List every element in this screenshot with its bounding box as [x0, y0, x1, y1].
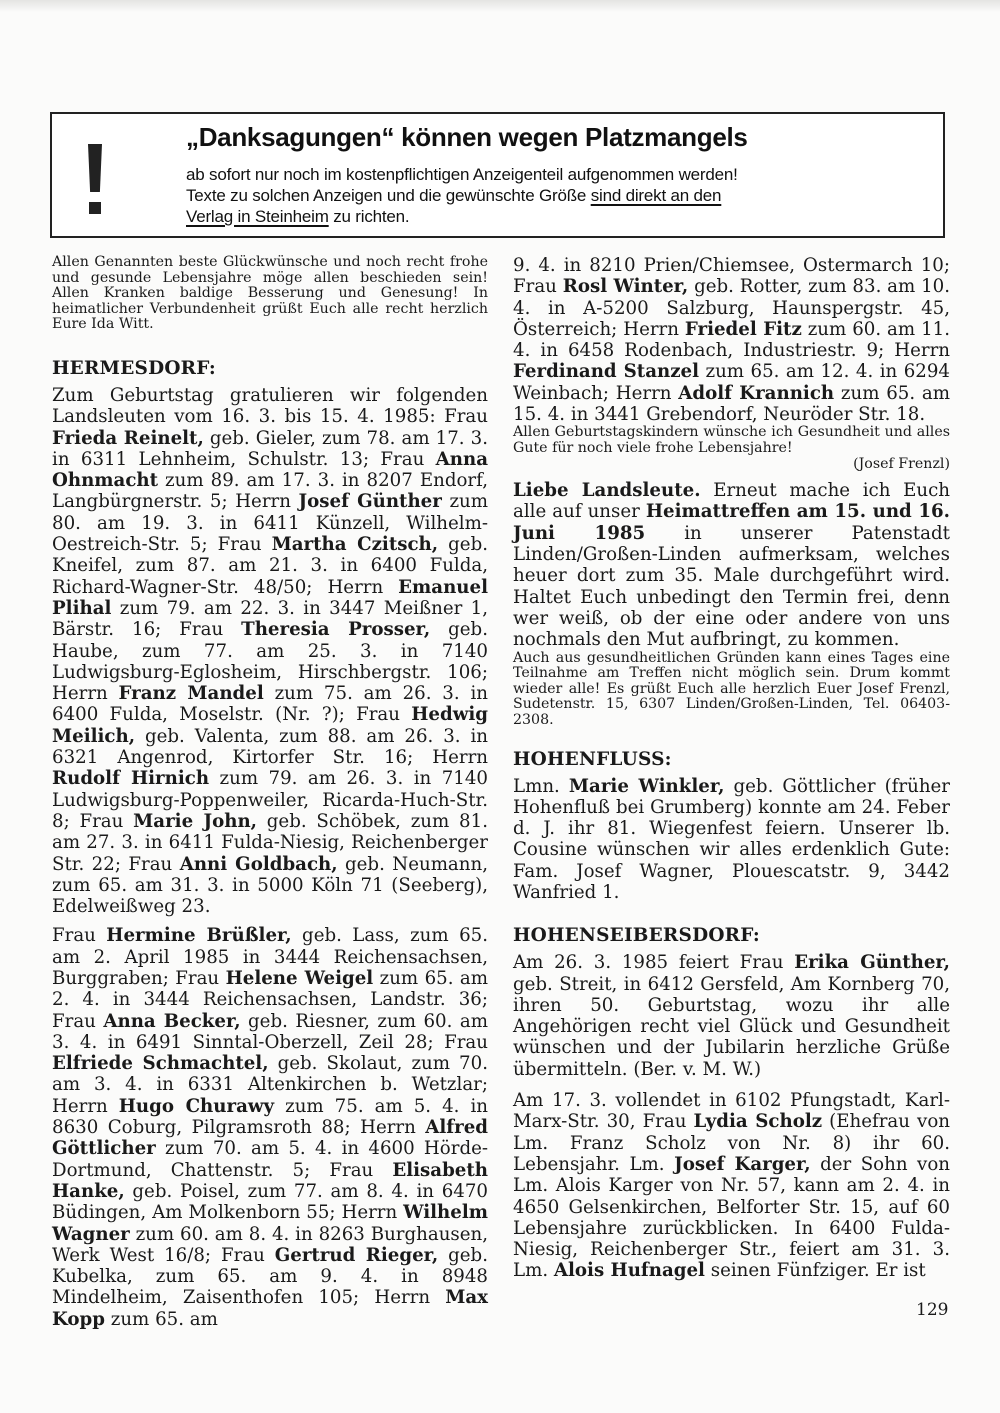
name-highlight: Hedwig Meilich,	[52, 704, 488, 746]
name-highlight: Ferdinand Stanzel	[513, 361, 699, 382]
name-highlight: Josef Günther	[299, 491, 442, 512]
name-highlight: Marie John,	[133, 811, 257, 832]
name-highlight: Alois Hufnagel	[554, 1260, 705, 1281]
notice-underlined-1: sind direkt an den	[591, 186, 722, 205]
name-highlight: Anna Becker,	[103, 1011, 240, 1032]
name-highlight: Hugo Churawy	[119, 1096, 274, 1117]
right-column: 9. 4. in 8210 Prien/Chiemsee, Ostermarch…	[513, 255, 950, 1282]
name-highlight: Max Kopp	[52, 1287, 488, 1329]
name-highlight: Alfred Göttlicher	[52, 1117, 488, 1159]
hermesdorf-paragraph-1: Zum Geburtstag gratulieren wir folgenden…	[52, 385, 488, 917]
heading-hermesdorf: HERMESDORF:	[52, 358, 488, 379]
name-highlight: Helene Weigel	[226, 968, 374, 989]
name-highlight: Franz Mandel	[119, 683, 264, 704]
name-highlight: Heimattreffen am 15. und 16. Juni 1985	[513, 501, 950, 543]
notice-box: „Danksagungen“ können wegen Platzmangels…	[50, 112, 945, 238]
right-paragraph-3: Auch aus gesundheitlichen Gründen kann e…	[513, 651, 950, 729]
name-highlight: Josef Karger,	[674, 1154, 811, 1175]
name-highlight: Elisabeth Hanke,	[52, 1160, 488, 1202]
name-highlight: Adolf Krannich	[678, 383, 834, 404]
right-paragraph-1: 9. 4. in 8210 Prien/Chiemsee, Ostermarch…	[513, 255, 950, 425]
name-highlight: Martha Czitsch,	[272, 534, 439, 555]
page-number: 129	[916, 1300, 948, 1320]
notice-line-1: ab sofort nur noch im kostenpflichtigen …	[186, 164, 926, 185]
hohenseibersdorf-paragraph-2: Am 17. 3. vollendet in 6102 Pfungstadt, …	[513, 1090, 950, 1282]
name-highlight: Frieda Reinelt,	[52, 428, 204, 449]
notice-underlined-2: Verlag in Steinheim	[186, 207, 329, 226]
hohenfluss-paragraph: Lmn. Marie Winkler, geb. Göttlicher (frü…	[513, 776, 950, 904]
notice-line-2: Texte zu solchen Anzeigen und die gewüns…	[186, 185, 926, 206]
wishes-paragraph: Allen Geburtstagskindern wünsche ich Ges…	[513, 425, 950, 456]
name-highlight: Theresia Prosser,	[241, 619, 430, 640]
signature: (Josef Frenzl)	[513, 457, 950, 473]
notice-line-3: Verlag in Steinheim zu richten.	[186, 206, 926, 227]
name-highlight: Friedel Fitz	[685, 319, 802, 340]
name-highlight: Rosl Winter,	[563, 276, 689, 297]
name-highlight: Anna Ohnmacht	[52, 449, 488, 491]
hermesdorf-paragraph-2: Frau Hermine Brüßler, geb. Lass, zum 65.…	[52, 925, 488, 1330]
name-highlight: Anni Goldbach,	[180, 854, 338, 875]
name-highlight: Emanuel Plihal	[52, 577, 488, 619]
name-highlight: Wilhelm Wagner	[52, 1202, 488, 1244]
left-column: Allen Genannten beste Glückwünsche und n…	[52, 255, 488, 1330]
intro-paragraph: Allen Genannten beste Glückwünsche und n…	[52, 255, 488, 333]
notice-title: „Danksagungen“ können wegen Platzmangels	[186, 122, 748, 153]
notice-body: ab sofort nur noch im kostenpflichtigen …	[186, 164, 926, 227]
right-paragraph-2: Liebe Landsleute. Erneut mache ich Euch …	[513, 480, 950, 650]
exclamation-icon	[88, 144, 102, 216]
name-highlight: Lydia Scholz	[694, 1111, 823, 1132]
name-highlight: Gertrud Rieger,	[275, 1245, 439, 1266]
name-highlight: Rudolf Hirnich	[52, 768, 209, 789]
name-highlight: Hermine Brüßler,	[106, 925, 291, 946]
name-highlight: Marie Winkler,	[569, 776, 725, 797]
hohenseibersdorf-paragraph-1: Am 26. 3. 1985 feiert Frau Erika Günther…	[513, 952, 950, 1080]
heading-hohenseibersdorf: HOHENSEIBERSDORF:	[513, 925, 950, 946]
name-highlight: Elfriede Schmachtel,	[52, 1053, 269, 1074]
name-highlight: Liebe Landsleute.	[513, 480, 701, 501]
heading-hohenfluss: HOHENFLUSS:	[513, 749, 950, 770]
name-highlight: Erika Günther,	[794, 952, 950, 973]
scan-edge	[0, 0, 1000, 12]
